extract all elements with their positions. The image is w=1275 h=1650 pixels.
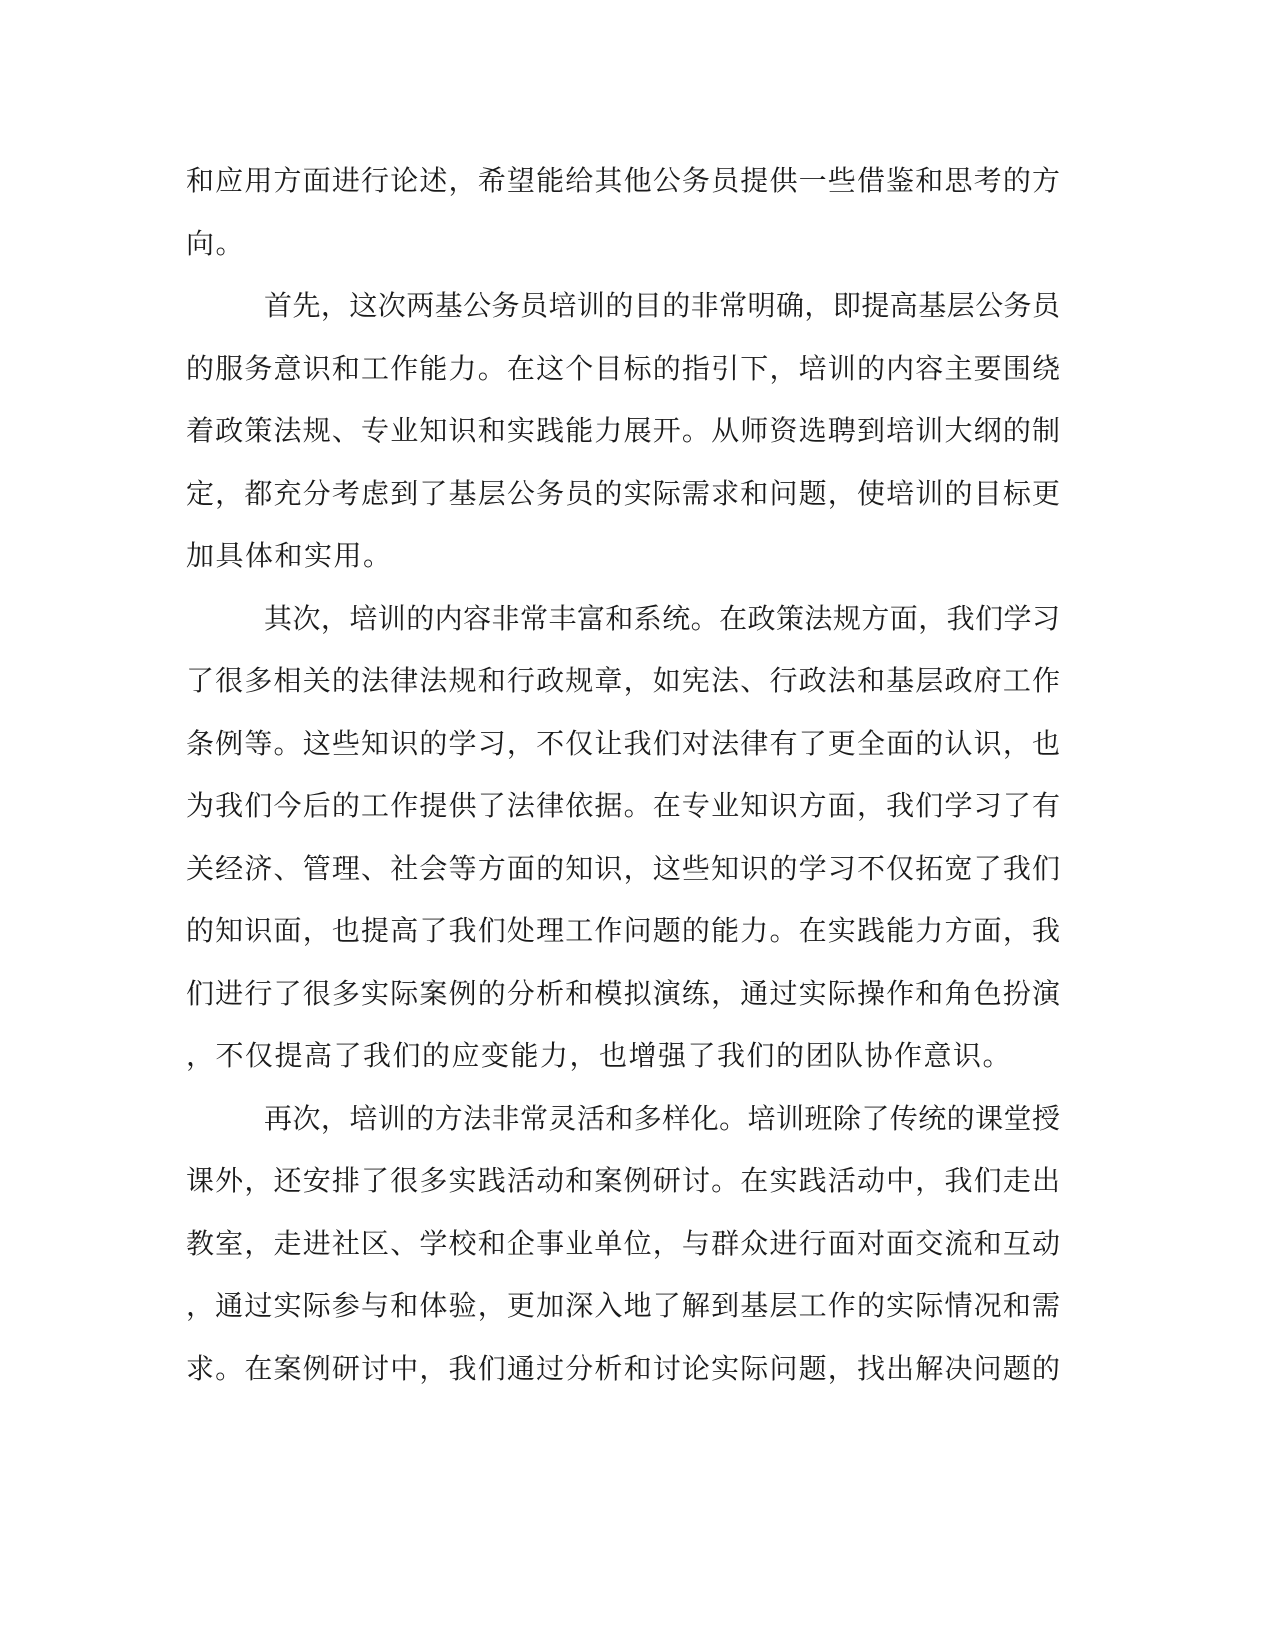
text-line: 再次，培训的方法非常灵活和多样化。培训班除了传统的课堂授	[186, 1089, 1060, 1152]
text-line: 和应用方面进行论述，希望能给其他公务员提供一些借鉴和思考的方	[186, 151, 1060, 214]
text-line: 了很多相关的法律法规和行政规章，如宪法、行政法和基层政府工作	[186, 651, 1060, 714]
paragraph: 首先，这次两基公务员培训的目的非常明确，即提高基层公务员的服务意识和工作能力。在…	[186, 276, 1060, 589]
text-line: 定，都充分考虑到了基层公务员的实际需求和问题，使培训的目标更	[186, 464, 1060, 527]
paragraph: 再次，培训的方法非常灵活和多样化。培训班除了传统的课堂授课外，还安排了很多实践活…	[186, 1089, 1060, 1402]
text-line: 课外，还安排了很多实践活动和案例研讨。在实践活动中，我们走出	[186, 1151, 1060, 1214]
paragraph: 和应用方面进行论述，希望能给其他公务员提供一些借鉴和思考的方向。	[186, 151, 1060, 276]
text-line: 首先，这次两基公务员培训的目的非常明确，即提高基层公务员	[186, 276, 1060, 339]
text-line: 求。在案例研讨中，我们通过分析和讨论实际问题，找出解决问题的	[186, 1339, 1060, 1402]
paragraph: 其次，培训的内容非常丰富和系统。在政策法规方面，我们学习了很多相关的法律法规和行…	[186, 589, 1060, 1089]
text-line: 向。	[186, 214, 1060, 277]
text-line: 的服务意识和工作能力。在这个目标的指引下，培训的内容主要围绕	[186, 339, 1060, 402]
text-line: 加具体和实用。	[186, 526, 1060, 589]
text-line: 其次，培训的内容非常丰富和系统。在政策法规方面，我们学习	[186, 589, 1060, 652]
text-line: 条例等。这些知识的学习，不仅让我们对法律有了更全面的认识，也	[186, 714, 1060, 777]
text-line: 教室，走进社区、学校和企事业单位，与群众进行面对面交流和互动	[186, 1214, 1060, 1277]
text-line: 着政策法规、专业知识和实践能力展开。从师资选聘到培训大纲的制	[186, 401, 1060, 464]
document-page: 和应用方面进行论述，希望能给其他公务员提供一些借鉴和思考的方向。首先，这次两基公…	[0, 0, 1275, 1650]
text-line: ，通过实际参与和体验，更加深入地了解到基层工作的实际情况和需	[186, 1276, 1060, 1339]
text-line: ，不仅提高了我们的应变能力，也增强了我们的团队协作意识。	[186, 1026, 1060, 1089]
text-line: 们进行了很多实际案例的分析和模拟演练，通过实际操作和角色扮演	[186, 964, 1060, 1027]
document-body: 和应用方面进行论述，希望能给其他公务员提供一些借鉴和思考的方向。首先，这次两基公…	[186, 151, 1060, 1401]
text-line: 关经济、管理、社会等方面的知识，这些知识的学习不仅拓宽了我们	[186, 839, 1060, 902]
text-line: 的知识面，也提高了我们处理工作问题的能力。在实践能力方面，我	[186, 901, 1060, 964]
text-line: 为我们今后的工作提供了法律依据。在专业知识方面，我们学习了有	[186, 776, 1060, 839]
